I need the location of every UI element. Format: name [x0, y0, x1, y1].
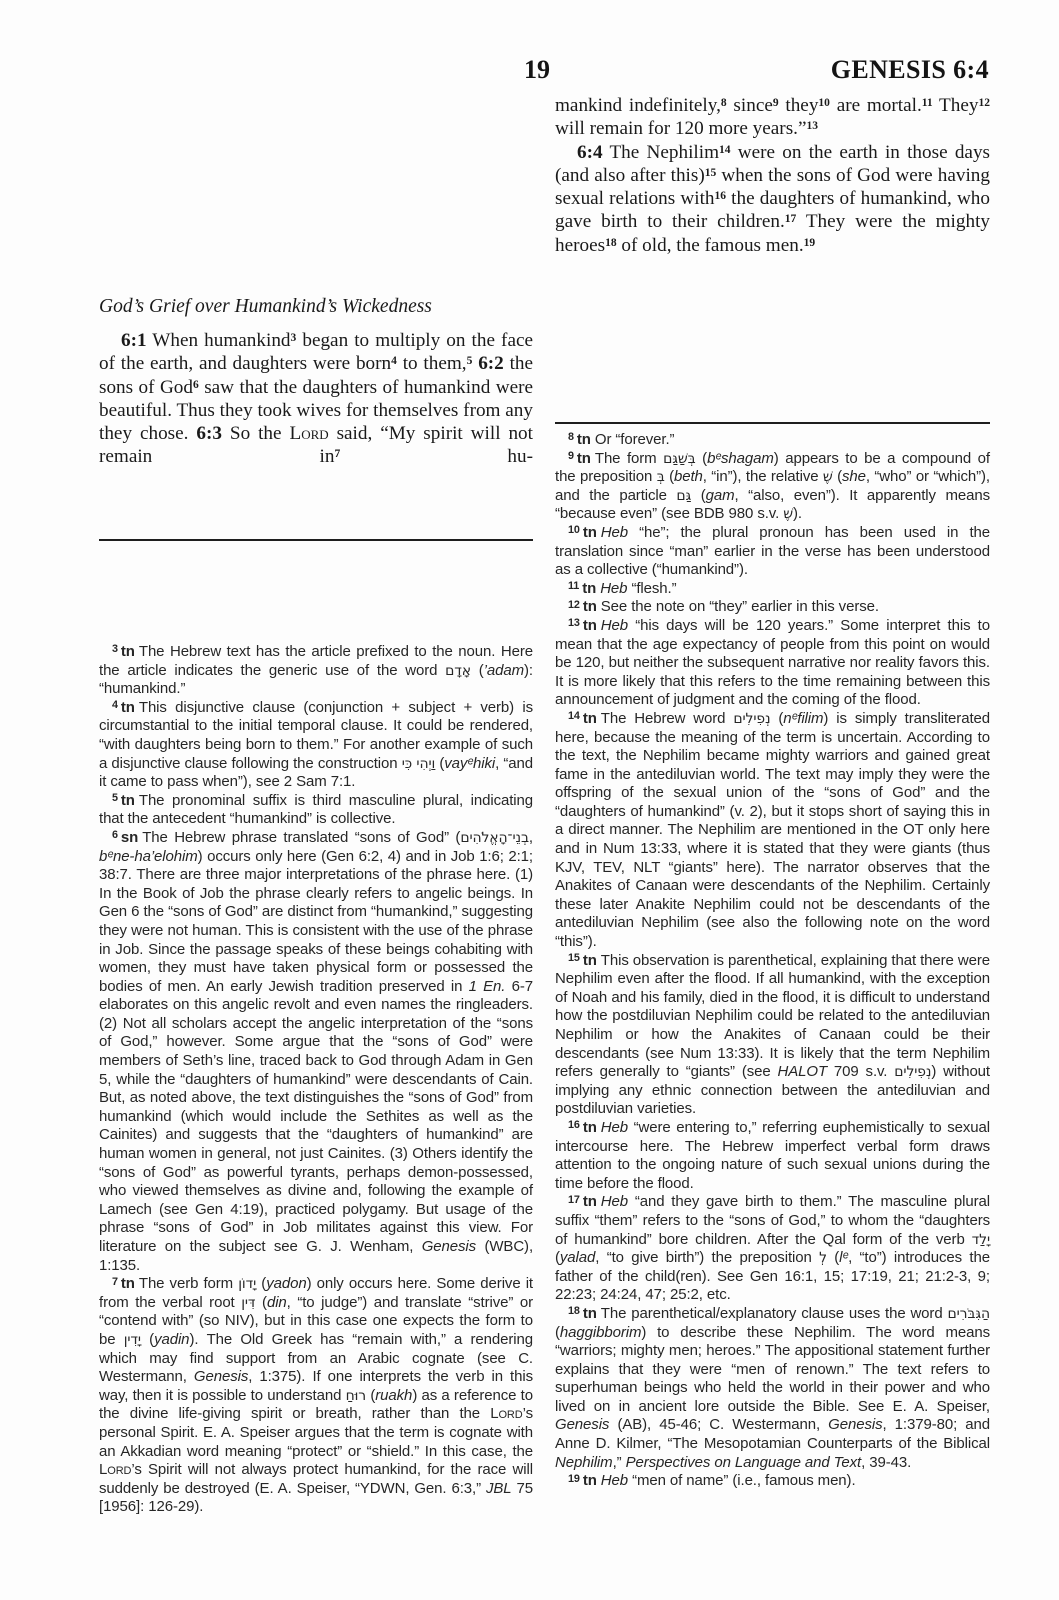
note-reference: 16	[715, 190, 727, 202]
right-main-text: mankind indefinitely,8 since9 they10 are…	[555, 94, 990, 257]
footnote-marker: tn	[121, 792, 135, 809]
bible-commentary-page: 19 GENESIS 6:4 God’s Grief over Humankin…	[0, 0, 1059, 1600]
footnote-number: 3	[112, 643, 118, 655]
right-column: mankind indefinitely,8 since9 they10 are…	[555, 0, 990, 1600]
footnote-marker: tn	[583, 617, 597, 634]
footnote-number: 5	[112, 792, 118, 804]
footnote-19: 19tnHeb “men of name” (i.e., famous men)…	[555, 1472, 990, 1491]
section-heading: God’s Grief over Humankind’s Wickedness	[99, 296, 533, 318]
footnote-separator-left	[99, 539, 533, 541]
footnote-11: 11tnHeb “flesh.”	[555, 580, 990, 599]
footnote-17: 17tnHeb “and they gave birth to them.” T…	[555, 1193, 990, 1305]
footnote-9: 9tnThe form בְּשַׁגַּם (bᵉshagam) appear…	[555, 450, 990, 524]
footnote-number: 12	[568, 599, 580, 611]
footnote-number: 6	[112, 829, 118, 841]
footnote-marker: tn	[583, 598, 597, 615]
footnotes-right: 8tnOr “forever.”9tnThe form בְּשַׁגַּם (…	[555, 431, 990, 1491]
note-reference: 14	[719, 144, 731, 156]
footnote-number: 16	[568, 1119, 580, 1131]
note-reference: 18	[605, 237, 617, 249]
note-reference: 13	[806, 120, 818, 132]
footnote-14: 14tnThe Hebrew word נְפִילִים (nᵉfilim) …	[555, 710, 990, 952]
left-column: God’s Grief over Humankind’s Wickedness …	[99, 0, 533, 1600]
footnote-marker: tn	[583, 1193, 597, 1210]
note-reference: 11	[922, 97, 933, 109]
footnote-marker: tn	[577, 431, 591, 448]
footnote-18: 18tnThe parenthetical/explanatory clause…	[555, 1305, 990, 1472]
footnote-marker: tn	[583, 952, 597, 969]
footnotes-left: 3tnThe Hebrew text has the article prefi…	[99, 643, 533, 1517]
footnote-separator-right	[555, 422, 990, 424]
footnote-number: 13	[568, 617, 580, 629]
footnote-marker: tn	[121, 1275, 135, 1292]
footnote-marker: tn	[583, 710, 597, 727]
footnote-5: 5tnThe pronominal suffix is third mascul…	[99, 792, 533, 829]
footnote-number: 18	[568, 1305, 580, 1317]
note-reference: 15	[705, 167, 717, 179]
footnote-marker: tn	[583, 1305, 597, 1322]
footnote-15: 15tnThis observation is parenthetical, e…	[555, 952, 990, 1119]
footnote-13: 13tnHeb “his days will be 120 years.” So…	[555, 617, 990, 710]
footnote-marker: tn	[583, 1472, 597, 1489]
footnote-marker: tn	[121, 699, 135, 716]
footnote-16: 16tnHeb “were entering to,” referring eu…	[555, 1119, 990, 1193]
footnote-number: 19	[568, 1473, 580, 1485]
note-reference: 19	[804, 237, 816, 249]
verse-paragraph-6-4: 6:4 The Nephilim14 were on the earth in …	[555, 141, 990, 257]
footnote-number: 15	[568, 952, 580, 964]
note-reference: 12	[978, 97, 990, 109]
footnote-12: 12tnSee the note on “they” earlier in th…	[555, 598, 990, 617]
left-main-text: God’s Grief over Humankind’s Wickedness …	[99, 296, 533, 469]
footnote-marker: tn	[582, 580, 596, 597]
footnote-3: 3tnThe Hebrew text has the article prefi…	[99, 643, 533, 699]
footnote-number: 7	[112, 1276, 118, 1288]
footnote-4: 4tnThis disjunctive clause (conjunction …	[99, 699, 533, 792]
verse-paragraph-carryover: mankind indefinitely,8 since9 they10 are…	[555, 94, 990, 141]
footnote-10: 10tnHeb “he”; the plural pronoun has bee…	[555, 524, 990, 580]
footnote-marker: tn	[583, 524, 597, 541]
footnote-number: 9	[568, 450, 574, 462]
footnote-number: 11	[568, 580, 579, 592]
note-reference: 10	[818, 97, 830, 109]
footnote-marker: tn	[577, 450, 591, 467]
footnote-6: 6snThe Hebrew phrase translated “sons of…	[99, 829, 533, 1275]
footnote-marker: tn	[121, 643, 135, 660]
footnote-number: 14	[568, 710, 580, 722]
footnote-marker: sn	[121, 829, 138, 846]
footnote-7: 7tnThe verb form יָדוֹן (yadon) only occ…	[99, 1275, 533, 1517]
verse-paragraph-6-1-to-6-3: 6:1 When humankind3 began to multiply on…	[99, 329, 533, 469]
note-reference: 17	[785, 214, 797, 226]
footnote-8: 8tnOr “forever.”	[555, 431, 990, 450]
footnote-marker: tn	[583, 1119, 597, 1136]
footnote-number: 8	[568, 431, 574, 443]
footnote-number: 10	[568, 524, 580, 536]
footnote-number: 17	[568, 1194, 580, 1206]
footnote-number: 4	[112, 699, 118, 711]
